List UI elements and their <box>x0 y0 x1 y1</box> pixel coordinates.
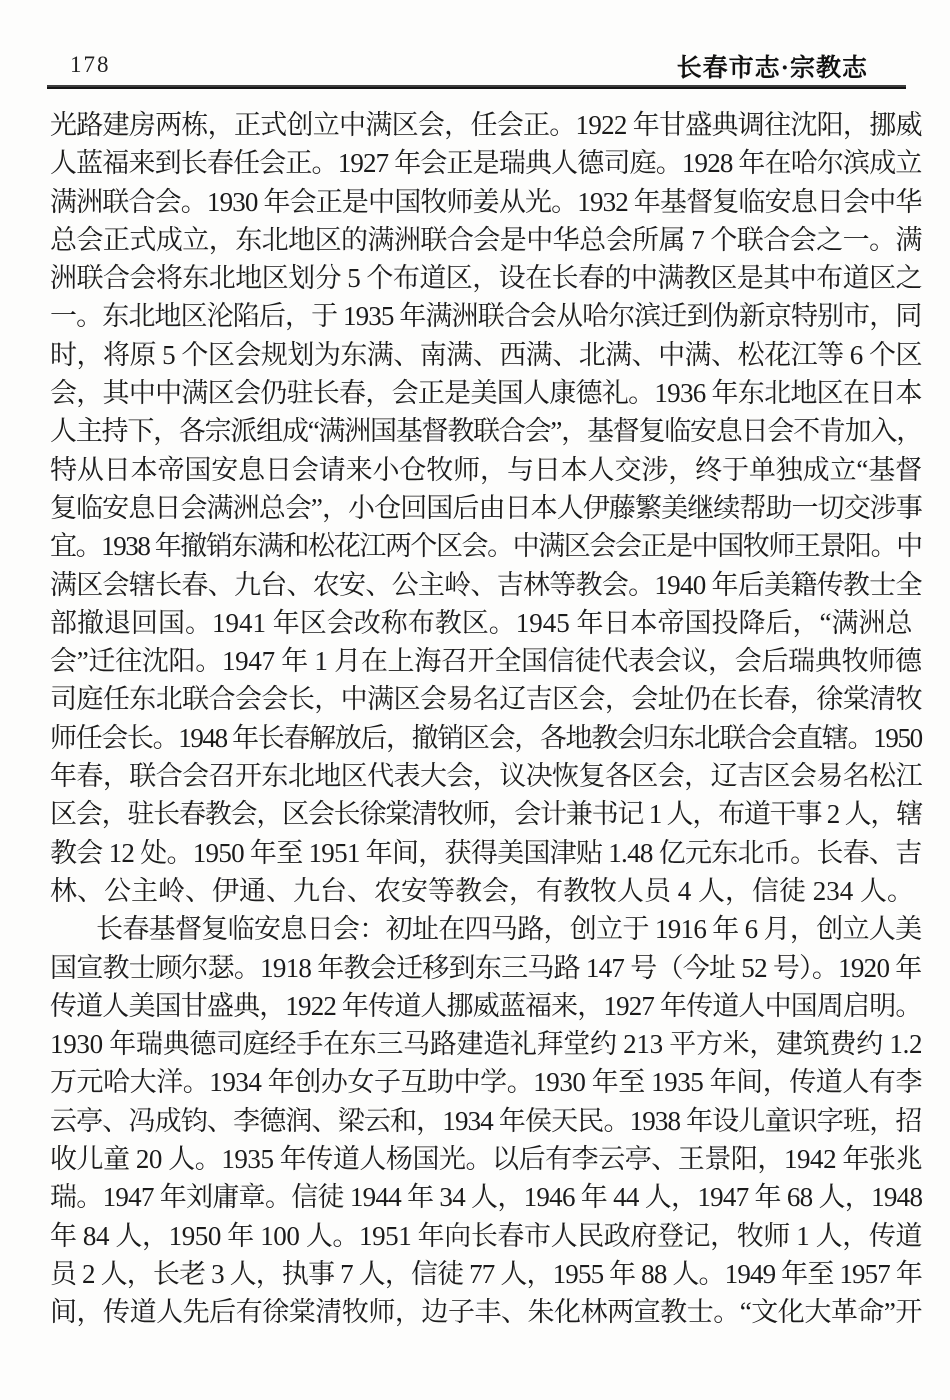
text-line: 一。东北地区沦陷后，于 1935 年满洲联合会从哈尔滨迁到伪新京特别市，同 <box>50 297 922 335</box>
text-line: 林、公主岭、伊通、九台、农安等教会，有教牧人员 4 人，信徒 234 人。 <box>50 872 922 910</box>
text-line: 时，将原 5 个区会规划为东满、南满、西满、北满、中满、松花江等 6 个区 <box>50 336 922 374</box>
book-page: 178 长春市志·宗教志 光路建房两栋，正式创立中满区会，任会正。1922 年甘… <box>0 0 950 1400</box>
text-line: 会，其中中满区会仍驻长春，会正是美国人康德礼。1936 年东北地区在日本 <box>50 374 922 412</box>
header-rule <box>47 85 906 89</box>
text-line: 复临安息日会满洲总会”，小仓回国后由日本人伊藤繁美继续帮助一切交涉事 <box>50 489 922 527</box>
text-line: 满区会辖长春、九台、农安、公主岭、吉林等教会。1940 年后美籍传教士全 <box>50 566 922 604</box>
text-line: 满洲联合会。1930 年会正是中国牧师姜从光。1932 年基督复临安息日会中华 <box>50 183 922 221</box>
text-line: 万元哈大洋。1934 年创办女子互助中学。1930 年至 1935 年间，传道人… <box>50 1063 922 1101</box>
text-line: 云亭、冯成钧、李德润、梁云和，1934 年侯天民。1938 年设儿童识字班，招 <box>50 1102 922 1140</box>
text-line: 员 2 人，长老 3 人，执事 7 人，信徒 77 人，1955 年 88 人。… <box>50 1255 922 1293</box>
page-body: 光路建房两栋，正式创立中满区会，任会正。1922 年甘盛典调往沈阳，挪威 人蓝福… <box>50 106 922 1332</box>
text-line: 特从日本帝国安息日会请来小仓牧师，与日本人交涉，终于单独成立“基督 <box>50 451 922 489</box>
text-line: 宜。1938 年撤销东满和松花江两个区会。中满区会会正是中国牧师王景阳。中 <box>50 527 922 565</box>
text-line: 国宣教士顾尔瑟。1918 年教会迁移到东三马路 147 号（今址 52 号）。1… <box>50 949 922 987</box>
text-line: 间，传道人先后有徐棠清牧师，边子丰、朱化林两宣教士。“文化大革命”开 <box>50 1293 922 1331</box>
text-line: 光路建房两栋，正式创立中满区会，任会正。1922 年甘盛典调往沈阳，挪威 <box>50 106 922 144</box>
text-line: 洲联合会将东北地区划分 5 个布道区，设在长春的中满教区是其中布道区之 <box>50 259 922 297</box>
running-title: 长春市志·宗教志 <box>677 48 868 84</box>
text-line: 传道人美国甘盛典，1922 年传道人挪威蓝福来，1927 年传道人中国周启明。 <box>50 987 922 1025</box>
text-line: 教会 12 处。1950 年至 1951 年间，获得美国津贴 1.48 亿元东北… <box>50 834 922 872</box>
paragraph-2: 长春基督复临安息日会：初址在四马路，创立于 1916 年 6 月，创立人美 国宣… <box>50 910 922 1331</box>
text-line: 年 84 人，1950 年 100 人。1951 年向长春市人民政府登记，牧师 … <box>50 1217 922 1255</box>
text-line: 瑞。1947 年刘庸章。信徒 1944 年 34 人，1946 年 44 人，1… <box>50 1178 922 1216</box>
text-line: 年春，联合会召开东北地区代表大会，议决恢复各区会，辽吉区会易名松江 <box>50 757 922 795</box>
text-line: 人主持下，各宗派组成“满洲国基督教联合会”，基督复临安息日会不肯加入， <box>50 412 922 450</box>
text-line: 会”迁往沈阳。1947 年 1 月在上海召开全国信徒代表会议，会后瑞典牧师德 <box>50 642 922 680</box>
text-line: 司庭任东北联合会会长，中满区会易名辽吉区会，会址仍在长春，徐棠清牧 <box>50 680 922 718</box>
text-line: 长春基督复临安息日会：初址在四马路，创立于 1916 年 6 月，创立人美 <box>50 910 922 948</box>
text-line: 收儿童 20 人。1935 年传道人杨国光。以后有李云亭、王景阳，1942 年张… <box>50 1140 922 1178</box>
text-line: 总会正式成立，东北地区的满洲联合会是中华总会所属 7 个联合会之一。满 <box>50 221 922 259</box>
text-line: 1930 年瑞典德司庭经手在东三马路建造礼拜堂约 213 平方米，建筑费约 1.… <box>50 1025 922 1063</box>
page-number: 178 <box>70 52 111 78</box>
text-line: 师任会长。1948 年长春解放后，撤销区会，各地教会归东北联合会直辖。1950 <box>50 719 922 757</box>
text-line: 区会，驻长春教会，区会长徐棠清牧师，会计兼书记 1 人，布道干事 2 人，辖 <box>50 795 922 833</box>
text-line: 部撤退回国。1941 年区会改称布教区。1945 年日本帝国投降后，“满洲总 <box>50 604 922 642</box>
text-line: 人蓝福来到长春任会正。1927 年会正是瑞典人德司庭。1928 年在哈尔滨成立 <box>50 144 922 182</box>
paragraph-1: 光路建房两栋，正式创立中满区会，任会正。1922 年甘盛典调往沈阳，挪威 人蓝福… <box>50 106 922 910</box>
